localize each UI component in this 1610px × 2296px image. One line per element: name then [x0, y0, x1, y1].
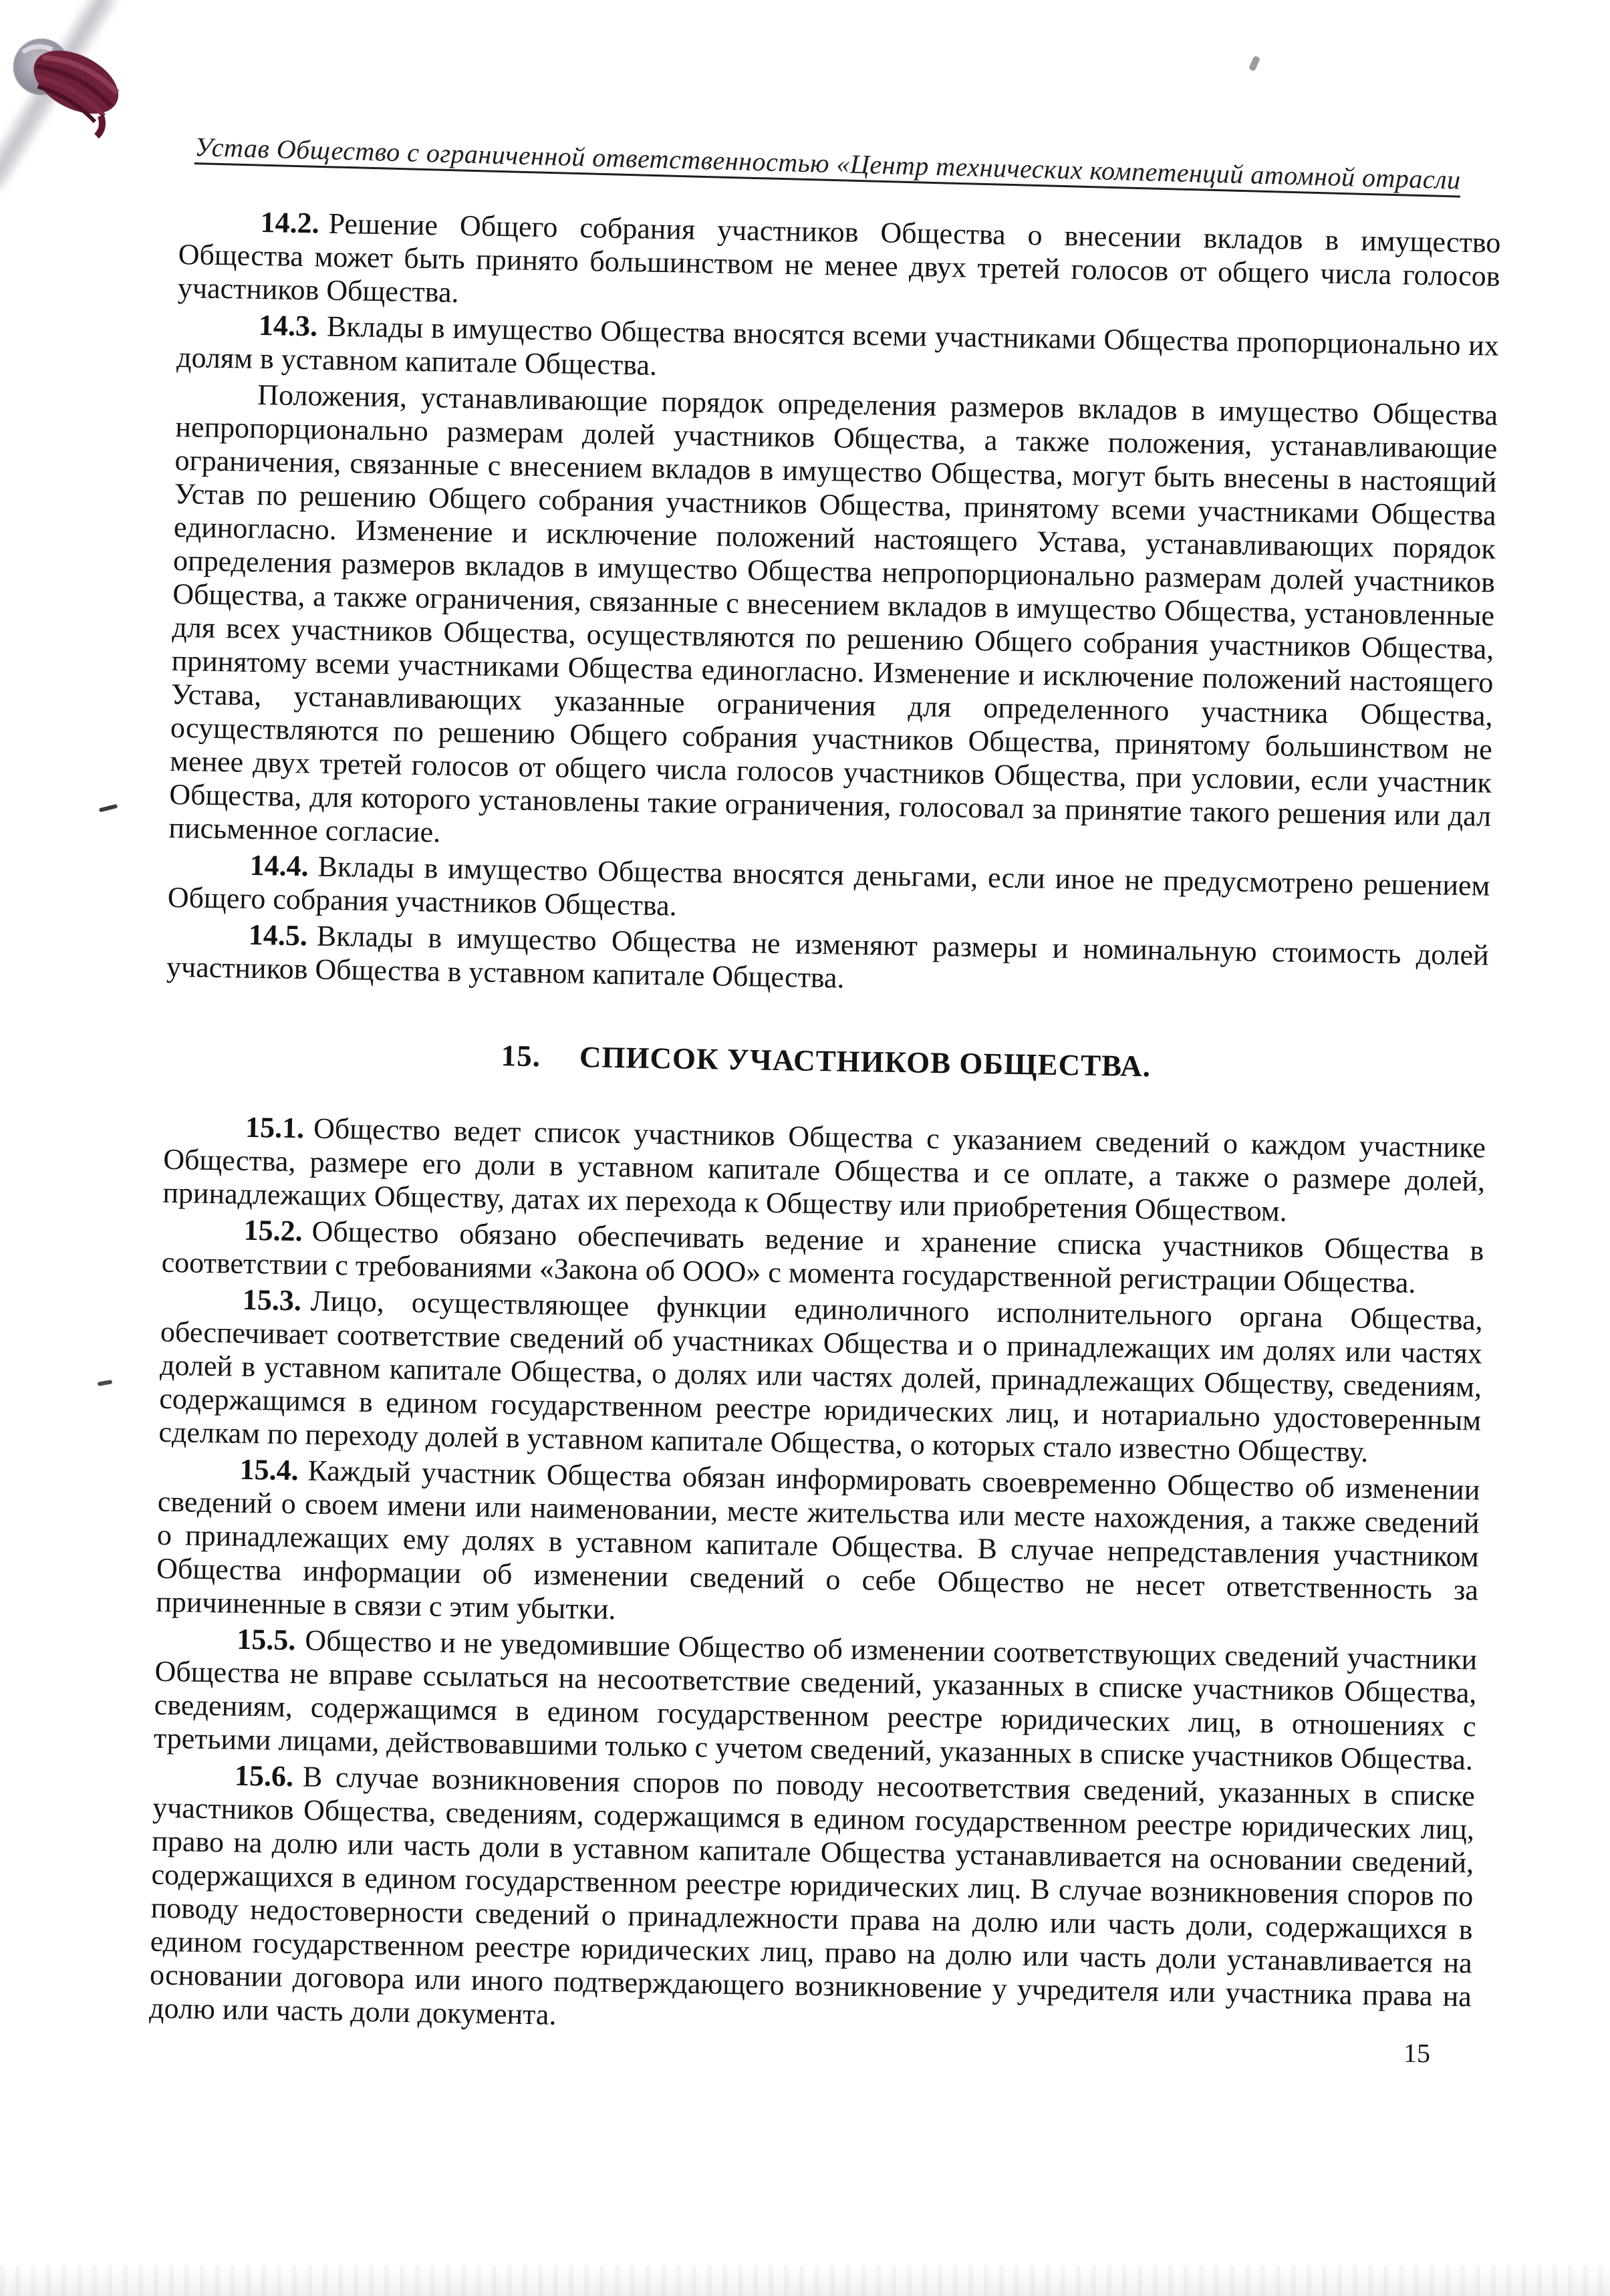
clause-15-4: 15.4.Каждый участник Общества обязан инф…: [156, 1452, 1480, 1641]
section-15-heading: 15.СПИСОК УЧАСТНИКОВ ОБЩЕСТВА.: [165, 1033, 1488, 1089]
clause-number: 15.2.: [243, 1214, 312, 1248]
clause-number: 14.2.: [260, 206, 329, 240]
clause-15-3: 15.3.Лицо, осуществляющее функции единол…: [158, 1282, 1483, 1471]
clause-number: 14.5.: [248, 918, 317, 952]
clause-number: 15.6.: [235, 1759, 303, 1793]
clause-text: Каждый участник Общества обязан информир…: [156, 1454, 1480, 1626]
clause-number: 14.4.: [249, 849, 318, 883]
clause-15-1: 15.1.Общество ведет список участников Об…: [162, 1110, 1486, 1232]
clause-text: Положения, устанавливающие порядок опред…: [168, 378, 1498, 849]
document-header: Устав Общество с ограниченной ответствен…: [194, 131, 1500, 197]
document-body: 14.2.Решение Общего собрания участников …: [149, 205, 1501, 2047]
clause-15-5: 15.5.Общество и не уведомившие Общество …: [154, 1622, 1478, 1777]
clause-text: Решение Общего собрания участников Общес…: [178, 207, 1501, 309]
section-15-title: СПИСОК УЧАСТНИКОВ ОБЩЕСТВА.: [579, 1040, 1152, 1083]
clause-14-3-continuation: Положения, устанавливающие порядок опред…: [168, 377, 1498, 867]
clause-number: 15.3.: [242, 1283, 311, 1317]
margin-mark: [98, 1380, 113, 1386]
clause-text: Общество ведет список участников Обществ…: [162, 1112, 1486, 1228]
clause-number: 15.4.: [239, 1453, 308, 1487]
clause-text: Лицо, осуществляющее функции единоличног…: [158, 1284, 1483, 1468]
clause-number: 14.3.: [259, 309, 327, 343]
margin-mark: [99, 804, 118, 813]
page-number: 15: [1403, 2037, 1430, 2069]
clause-text: Общество и не уведомившие Общество об из…: [154, 1624, 1478, 1776]
scanned-page: Устав Общество с ограниченной ответствен…: [0, 0, 1610, 2296]
clause-14-2: 14.2.Решение Общего собрания участников …: [178, 205, 1501, 327]
section-15-number: 15.: [501, 1039, 541, 1073]
clause-15-6: 15.6.В случае возникновения споров по по…: [149, 1758, 1475, 2047]
clause-text: В случае возникновения споров по поводу …: [149, 1760, 1475, 2031]
clause-number: 15.5.: [237, 1623, 305, 1657]
stray-ink-mark: [1248, 55, 1260, 72]
document-header-title: Устав Общество с ограниченной ответствен…: [194, 132, 1461, 195]
clause-number: 15.1.: [245, 1111, 314, 1145]
scanner-edge-band: [0, 2265, 1610, 2296]
